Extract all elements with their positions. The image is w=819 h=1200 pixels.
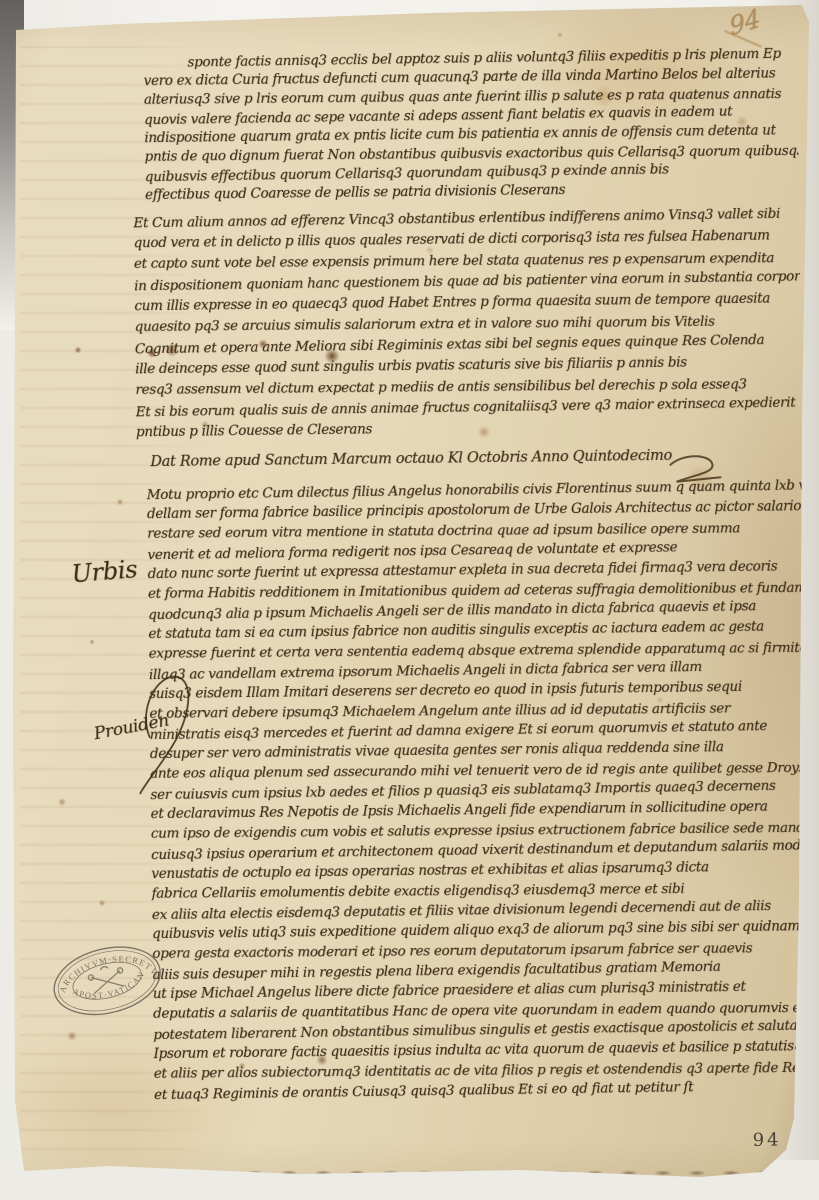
page-content: 94 sponte factis annisq3 ecclis bel appt… xyxy=(0,0,819,1200)
photographed-manuscript: 94 sponte factis annisq3 ecclis bel appt… xyxy=(0,0,819,1200)
paragraph-3-motu-proprio: Motu proprio etc Cum dilectus filius Ang… xyxy=(147,476,811,1104)
page-number-stamp: 94 xyxy=(752,1130,781,1151)
manuscript-page: 94 sponte factis annisq3 ecclis bel appt… xyxy=(0,0,819,1200)
paragraph-1: sponte factis annisq3 ecclis bel apptoz … xyxy=(143,45,799,205)
margin-note-urbis: Urbis xyxy=(71,555,139,588)
date-line: Dat Rome apud Sanctum Marcum octauo Kl O… xyxy=(150,448,672,470)
paragraph-2: Et Cum alium annos ad efferenz Vincq3 ob… xyxy=(133,204,802,443)
stamp-arc-bottom-text: APOST·VATICANVM xyxy=(38,925,151,1014)
